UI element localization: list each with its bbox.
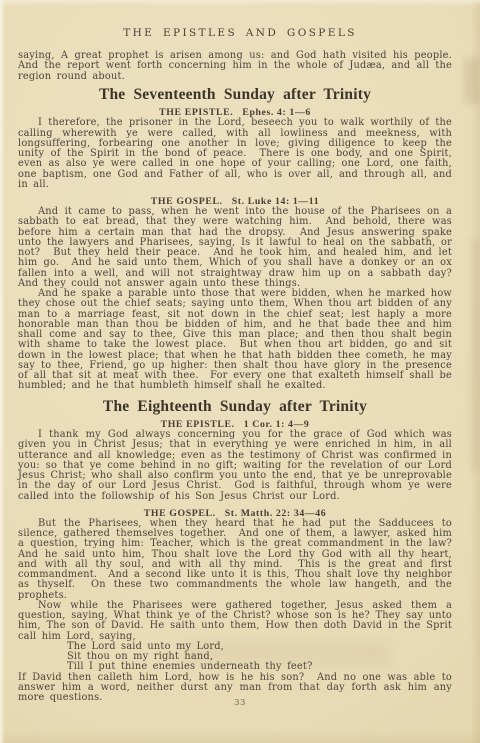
- epistle-paragraph: I thank my God always concerning you for…: [18, 430, 452, 502]
- ink-showthrough-smudge: [464, 58, 480, 104]
- gospel-paragraph: And it came to pass, when he went into t…: [18, 207, 452, 289]
- page-number: 33: [0, 698, 480, 708]
- ink-showthrough-smudge: [471, 240, 480, 470]
- gospel-paragraph: Now while the Pharisees were gathered to…: [18, 601, 452, 642]
- running-header: THE EPISTLES AND GOSPELS: [0, 0, 480, 39]
- epistle-paragraph: I therefore, the prisoner in the Lord, b…: [18, 118, 452, 190]
- page-content: saying, A great prophet is arisen among …: [18, 51, 452, 703]
- gospel-paragraph: But the Pharisees, when they heard that …: [18, 519, 452, 601]
- section-title-seventeenth-sunday: The Seventeenth Sunday after Trinity: [18, 86, 452, 105]
- psalm-quote: The Lord said unto my Lord, Sit thou on …: [67, 642, 452, 673]
- continuation-paragraph: saying, A great prophet is arisen among …: [18, 51, 452, 82]
- gospel-paragraph: And he spake a parable unto those that w…: [18, 289, 452, 392]
- book-page: THE EPISTLES AND GOSPELS saying, A great…: [0, 0, 480, 743]
- section-title-eighteenth-sunday: The Eighteenth Sunday after Trinity: [18, 398, 452, 417]
